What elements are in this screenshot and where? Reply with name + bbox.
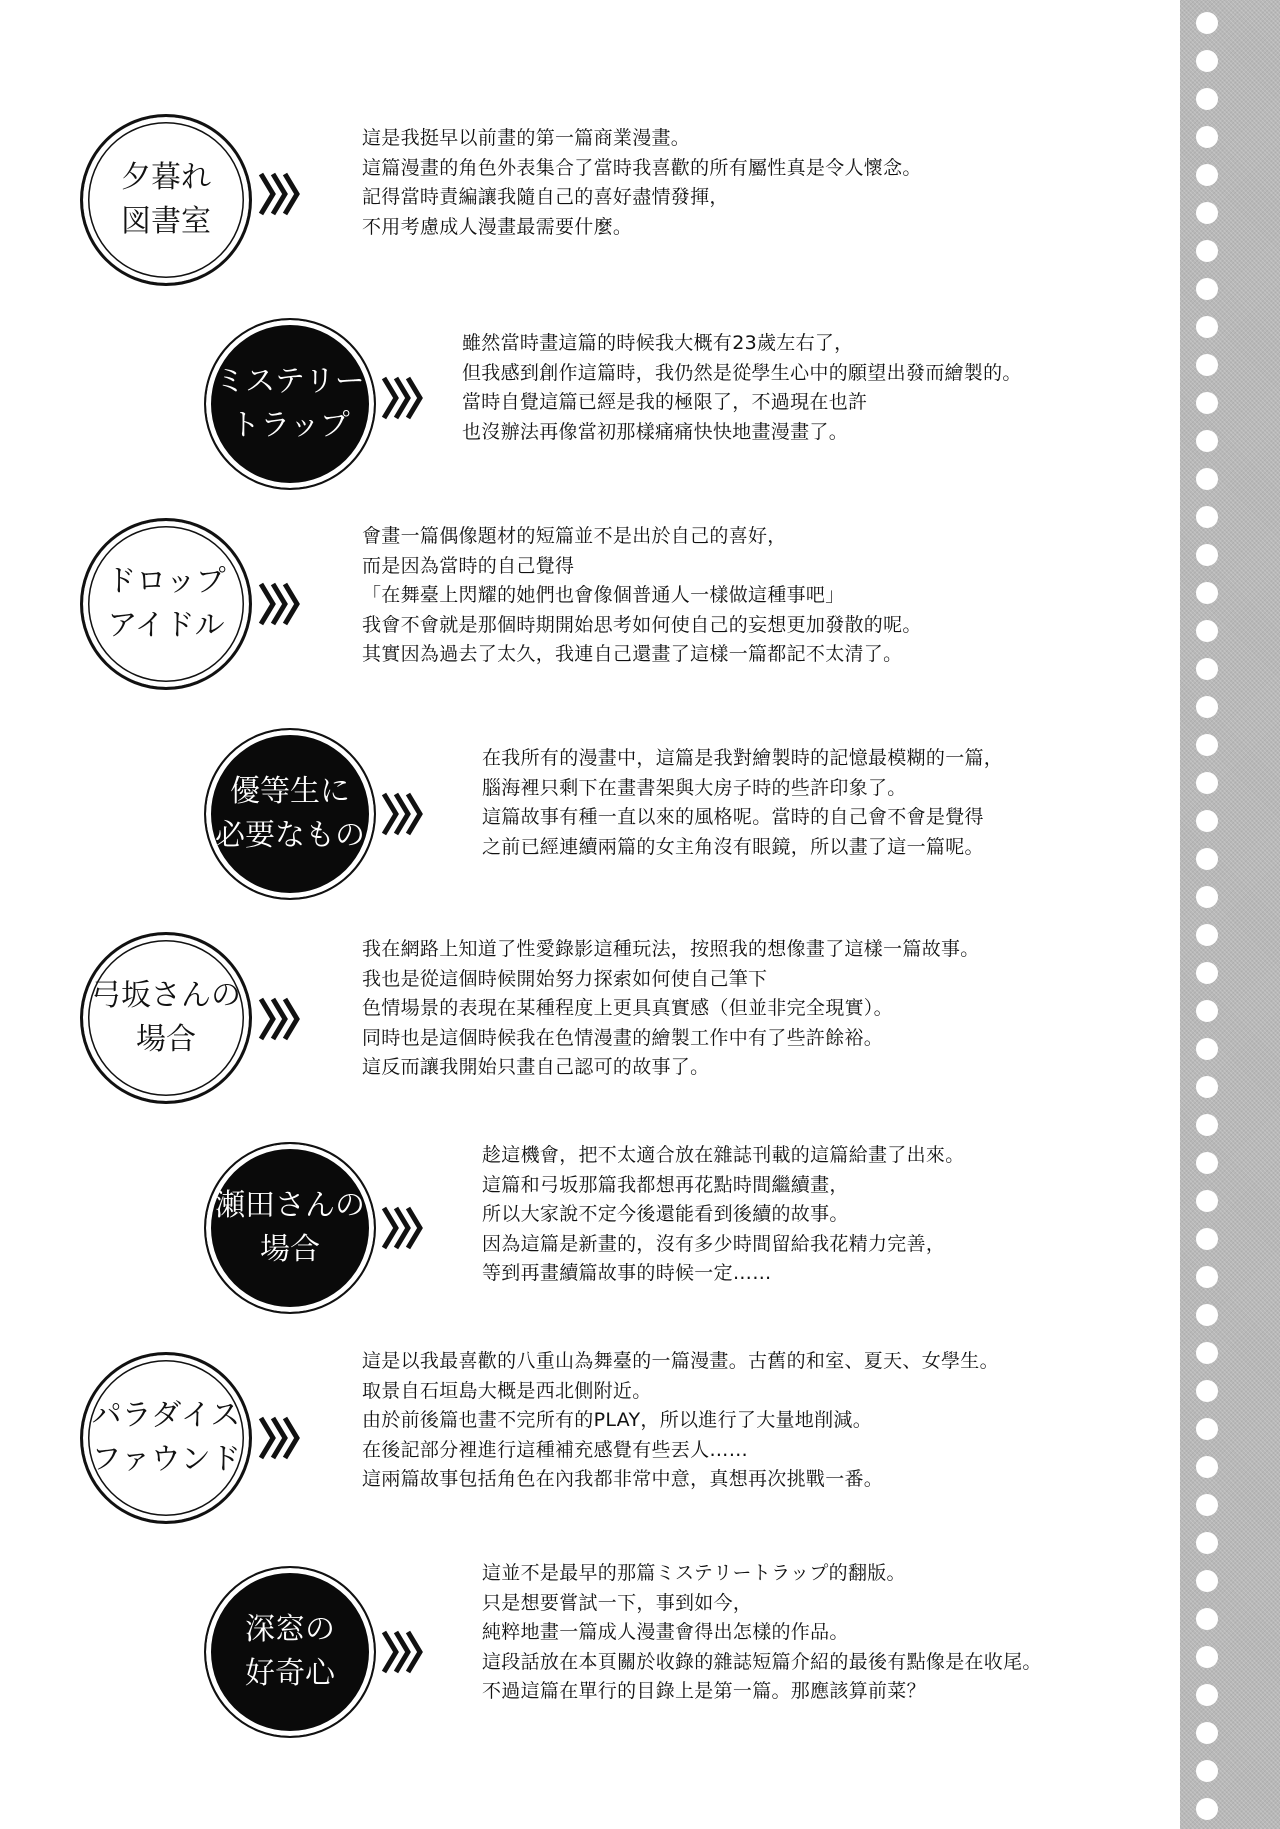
description-line: 取景自石垣島大概是西北側附近。 (362, 1377, 999, 1407)
binding-hole (1196, 1380, 1218, 1402)
description-line: 趁這機會，把不太適合放在雜誌刊載的這篇給畫了出來。 (482, 1141, 965, 1171)
story-description: 這是以我最喜歡的八重山為舞臺的一篇漫畫。古舊的和室、夏天、女學生。 取景自石垣島… (362, 1347, 999, 1495)
description-line: 同時也是這個時候我在色情漫畫的繪製工作中有了些許餘裕。 (362, 1024, 980, 1054)
title-badge: 夕暮れ 図書室 (80, 114, 252, 286)
title-badge: ドロップ アイドル (80, 518, 252, 690)
binding-hole (1196, 1190, 1218, 1212)
title-badge: 弓坂さんの 場合 (80, 932, 252, 1104)
description-line: 記得當時責編讓我隨自己的喜好盡情發揮， (362, 183, 922, 213)
binding-hole (1196, 1684, 1218, 1706)
binding-hole (1196, 1000, 1218, 1022)
story-title: 弓坂さんの 場合 (91, 974, 241, 1062)
story-description: 會畫一篇偶像題材的短篇並不是出於自己的喜好， 而是因為當時的自己覺得 「在舞臺上… (362, 522, 922, 670)
story-title: 夕暮れ 図書室 (121, 156, 211, 244)
triple-chevron-icon (378, 1628, 426, 1676)
binding-hole (1196, 772, 1218, 794)
binding-hole (1196, 962, 1218, 984)
description-line: 這是我挺早以前畫的第一篇商業漫畫。 (362, 124, 922, 154)
triple-chevron-icon (378, 1204, 426, 1252)
binding-hole (1196, 1266, 1218, 1288)
description-line: 這並不是最早的那篇ミステリートラップ的翻版。 (482, 1559, 1042, 1589)
binding-hole (1196, 544, 1218, 566)
description-line: 不用考慮成人漫畫最需要什麼。 (362, 213, 922, 243)
story-description: 這並不是最早的那篇ミステリートラップ的翻版。 只是想要嘗試一下，事到如今， 純粹… (482, 1559, 1042, 1707)
story-description: 在我所有的漫畫中，這篇是我對繪製時的記憶最模糊的一篇， 腦海裡只剩下在畫書架與大… (482, 744, 1003, 862)
binding-hole (1196, 1114, 1218, 1136)
description-line: 在我所有的漫畫中，這篇是我對繪製時的記憶最模糊的一篇， (482, 744, 1003, 774)
description-line: 但我感到創作這篇時，我仍然是從學生心中的願望出發而繪製的。 (462, 359, 1022, 389)
triple-chevron-icon (378, 374, 426, 422)
binding-hole (1196, 1228, 1218, 1250)
triple-chevron-icon (255, 580, 303, 628)
binding-hole (1196, 810, 1218, 832)
description-line: 等到再畫續篇故事的時候一定…… (482, 1259, 965, 1289)
afterword-page: 夕暮れ 図書室 這是我挺早以前畫的第一篇商業漫畫。 這篇漫畫的角色外表集合了當時… (0, 0, 1280, 1829)
story-description: 雖然當時畫這篇的時候我大概有23歲左右了， 但我感到創作這篇時，我仍然是從學生心… (462, 329, 1022, 447)
triple-chevron-icon (255, 995, 303, 1043)
description-line: 這是以我最喜歡的八重山為舞臺的一篇漫畫。古舊的和室、夏天、女學生。 (362, 1347, 999, 1377)
binding-hole (1196, 1456, 1218, 1478)
binding-hole (1196, 1494, 1218, 1516)
title-badge: 深窓の 好奇心 (204, 1566, 376, 1738)
binding-hole (1196, 12, 1218, 34)
binding-hole (1196, 316, 1218, 338)
description-line: 腦海裡只剩下在畫書架與大房子時的些許印象了。 (482, 774, 1003, 804)
binding-hole (1196, 1798, 1218, 1820)
description-line: 不過這篇在單行的目錄上是第一篇。那應該算前菜？ (482, 1677, 1042, 1707)
description-line: 其實因為過去了太久，我連自己還畫了這樣一篇都記不太清了。 (362, 640, 922, 670)
binding-hole (1196, 1646, 1218, 1668)
binding-hole (1196, 1038, 1218, 1060)
description-line: 也沒辦法再像當初那樣痛痛快快地畫漫畫了。 (462, 418, 1022, 448)
binding-hole (1196, 392, 1218, 414)
notebook-binding-strip (1180, 0, 1280, 1829)
binding-hole (1196, 1076, 1218, 1098)
story-title: パラダイス ファウンド (91, 1394, 240, 1482)
triple-chevron-icon (255, 170, 303, 218)
description-line: 而是因為當時的自己覺得 (362, 552, 922, 582)
description-line: 由於前後篇也畫不完所有的PLAY，所以進行了大量地削減。 (362, 1406, 999, 1436)
binding-hole (1196, 924, 1218, 946)
binding-hole (1196, 1722, 1218, 1744)
description-line: 這反而讓我開始只畫自己認可的故事了。 (362, 1053, 980, 1083)
story-title: 優等生に 必要なもの (215, 770, 365, 858)
story-description: 我在網路上知道了性愛錄影這種玩法，按照我的想像畫了這樣一篇故事。 我也是從這個時… (362, 935, 980, 1083)
title-badge: ミステリー トラップ (204, 318, 376, 490)
binding-hole (1196, 468, 1218, 490)
description-line: 這段話放在本頁關於收錄的雜誌短篇介紹的最後有點像是在收尾。 (482, 1648, 1042, 1678)
description-line: 這篇漫畫的角色外表集合了當時我喜歡的所有屬性真是令人懷念。 (362, 154, 922, 184)
binding-hole (1196, 886, 1218, 908)
title-badge: 優等生に 必要なもの (204, 728, 376, 900)
description-line: 之前已經連續兩篇的女主角沒有眼鏡，所以畫了這一篇呢。 (482, 833, 1003, 863)
description-line: 我在網路上知道了性愛錄影這種玩法，按照我的想像畫了這樣一篇故事。 (362, 935, 980, 965)
binding-hole (1196, 88, 1218, 110)
description-line: 這篇和弓坂那篇我都想再花點時間繼續畫， (482, 1171, 965, 1201)
description-line: 所以大家說不定今後還能看到後續的故事。 (482, 1200, 965, 1230)
triple-chevron-icon (255, 1414, 303, 1462)
description-line: 「在舞臺上閃耀的她們也會像個普通人一樣做這種事吧」 (362, 581, 922, 611)
description-line: 只是想要嘗試一下，事到如今， (482, 1589, 1042, 1619)
description-line: 我也是從這個時候開始努力探索如何使自己筆下 (362, 965, 980, 995)
binding-hole (1196, 506, 1218, 528)
binding-hole (1196, 1304, 1218, 1326)
triple-chevron-icon (378, 790, 426, 838)
description-line: 色情場景的表現在某種程度上更具真實感（但並非完全現實）。 (362, 994, 980, 1024)
binding-hole (1196, 430, 1218, 452)
description-line: 這篇故事有種一直以來的風格呢。當時的自己會不會是覺得 (482, 803, 1003, 833)
story-title: 深窓の 好奇心 (245, 1608, 335, 1696)
description-line: 雖然當時畫這篇的時候我大概有23歲左右了， (462, 329, 1022, 359)
binding-hole (1196, 1760, 1218, 1782)
binding-hole (1196, 1342, 1218, 1364)
description-line: 我會不會就是那個時期開始思考如何使自己的妄想更加發散的呢。 (362, 611, 922, 641)
story-description: 這是我挺早以前畫的第一篇商業漫畫。 這篇漫畫的角色外表集合了當時我喜歡的所有屬性… (362, 124, 922, 242)
description-line: 當時自覺這篇已經是我的極限了，不過現在也許 (462, 388, 1022, 418)
binding-hole (1196, 1570, 1218, 1592)
binding-hole (1196, 164, 1218, 186)
story-title: ドロップ アイドル (106, 560, 225, 648)
binding-hole (1196, 126, 1218, 148)
binding-hole (1196, 582, 1218, 604)
story-title: ミステリー トラップ (215, 360, 364, 448)
binding-hole (1196, 658, 1218, 680)
story-title: 瀬田さんの 場合 (215, 1184, 365, 1272)
binding-hole (1196, 1532, 1218, 1554)
title-badge: 瀬田さんの 場合 (204, 1142, 376, 1314)
binding-hole (1196, 50, 1218, 72)
binding-hole (1196, 734, 1218, 756)
binding-hole (1196, 240, 1218, 262)
title-badge: パラダイス ファウンド (80, 1352, 252, 1524)
binding-hole (1196, 354, 1218, 376)
binding-hole (1196, 848, 1218, 870)
binding-hole (1196, 278, 1218, 300)
description-line: 純粹地畫一篇成人漫畫會得出怎樣的作品。 (482, 1618, 1042, 1648)
binding-hole (1196, 696, 1218, 718)
binding-hole (1196, 1152, 1218, 1174)
binding-hole (1196, 202, 1218, 224)
description-line: 在後記部分裡進行這種補充感覺有些丟人…… (362, 1436, 999, 1466)
binding-hole (1196, 620, 1218, 642)
binding-hole (1196, 1608, 1218, 1630)
story-description: 趁這機會，把不太適合放在雜誌刊載的這篇給畫了出來。 這篇和弓坂那篇我都想再花點時… (482, 1141, 965, 1289)
description-line: 因為這篇是新畫的，沒有多少時間留給我花精力完善， (482, 1230, 965, 1260)
description-line: 會畫一篇偶像題材的短篇並不是出於自己的喜好， (362, 522, 922, 552)
description-line: 這兩篇故事包括角色在內我都非常中意，真想再次挑戰一番。 (362, 1465, 999, 1495)
binding-hole (1196, 1418, 1218, 1440)
